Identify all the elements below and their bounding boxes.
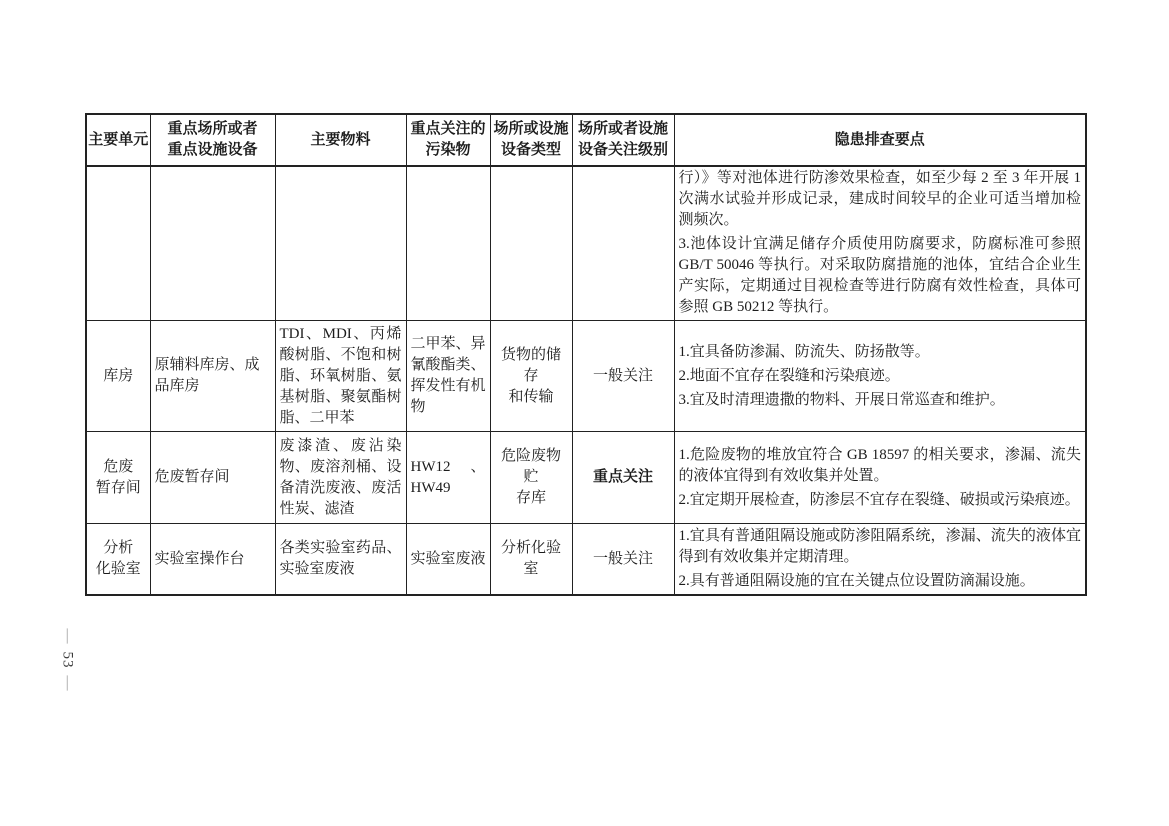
cell-attention-level-key: 重点关注 [572,432,674,524]
table-header-row: 主要单元 重点场所或者 重点设施设备 主要物料 重点关注的 污染物 场所或设施 … [86,114,1086,166]
page-number-dash: — [60,629,76,645]
cell-inspection-points: 1.宜具备防渗漏、防流失、防扬散等。 2.地面不宜存在裂缝和污染痕迹。 3.宜及… [674,321,1086,432]
inspection-point: 3.宜及时清理遗撒的物料、开展日常巡查和维护。 [679,390,1082,411]
page-number-value: 53 [60,652,76,669]
header-main-unit: 主要单元 [86,114,150,166]
cell-attention-level [572,166,674,321]
cell-materials: TDI、MDI、丙烯酸树脂、不饱和树脂、环氧树脂、氨基树脂、聚氨酯树脂、二甲苯 [275,321,406,432]
header-inspection-points: 隐患排查要点 [674,114,1086,166]
cell-inspection-points: 行）》等对池体进行防渗效果检查，如至少每 2 至 3 年开展 1 次满水试验并形… [674,166,1086,321]
cell-facility-type: 货物的储存 和传输 [490,321,572,432]
cell-pollutants: HW12、HW49 [406,432,490,524]
inspection-point: 2.宜定期开展检查，防渗层不宜存在裂缝、破损或污染痕迹。 [679,490,1082,511]
header-main-materials: 主要物料 [275,114,406,166]
cell-unit: 危废 暂存间 [86,432,150,524]
header-pollutants: 重点关注的 污染物 [406,114,490,166]
cell-pollutants [406,166,490,321]
cell-attention-level: 一般关注 [572,321,674,432]
cell-place: 实验室操作台 [150,524,275,596]
header-key-places: 重点场所或者 重点设施设备 [150,114,275,166]
hazard-inspection-table: 主要单元 重点场所或者 重点设施设备 主要物料 重点关注的 污染物 场所或设施 … [85,113,1087,596]
cell-place: 危废暂存间 [150,432,275,524]
inspection-point: 1.宜具有普通阻隔设施或防渗阻隔系统，渗漏、流失的液体宜得到有效收集并定期清理。 [679,526,1082,568]
cell-inspection-points: 1.危险废物的堆放宜符合 GB 18597 的相关要求，渗漏、流失的液体宜得到有… [674,432,1086,524]
cell-attention-level: 一般关注 [572,524,674,596]
cell-inspection-points: 1.宜具有普通阻隔设施或防渗阻隔系统，渗漏、流失的液体宜得到有效收集并定期清理。… [674,524,1086,596]
inspection-point: 1.宜具备防渗漏、防流失、防扬散等。 [679,342,1082,363]
header-facility-type: 场所或设施 设备类型 [490,114,572,166]
inspection-point: 2.具有普通阻隔设施的宜在关键点位设置防滴漏设施。 [679,571,1082,592]
cell-facility-type [490,166,572,321]
cell-facility-type: 分析化验室 [490,524,572,596]
cell-unit: 库房 [86,321,150,432]
cell-facility-type: 危险废物贮 存库 [490,432,572,524]
inspection-point: 2.地面不宜存在裂缝和污染痕迹。 [679,366,1082,387]
cell-materials: 各类实验室药品、实验室废液 [275,524,406,596]
table-row-warehouse: 库房 原辅料库房、成品库房 TDI、MDI、丙烯酸树脂、不饱和树脂、环氧树脂、氨… [86,321,1086,432]
cell-materials: 废漆渣、废沾染物、废溶剂桶、设备清洗废液、废活性炭、滤渣 [275,432,406,524]
cell-unit: 分析 化验室 [86,524,150,596]
page-number-dash: — [60,676,76,692]
table-row-laboratory: 分析 化验室 实验室操作台 各类实验室药品、实验室废液 实验室废液 分析化验室 … [86,524,1086,596]
table-row-continuation: 行）》等对池体进行防渗效果检查，如至少每 2 至 3 年开展 1 次满水试验并形… [86,166,1086,321]
inspection-point: 1.危险废物的堆放宜符合 GB 18597 的相关要求，渗漏、流失的液体宜得到有… [679,445,1082,487]
table-row-hazwaste-storage: 危废 暂存间 危废暂存间 废漆渣、废沾染物、废溶剂桶、设备清洗废液、废活性炭、滤… [86,432,1086,524]
cell-unit [86,166,150,321]
inspection-point: 3.池体设计宜满足储存介质使用防腐要求，防腐标准可参照 GB/T 50046 等… [679,234,1082,318]
inspection-point: 行）》等对池体进行防渗效果检查，如至少每 2 至 3 年开展 1 次满水试验并形… [679,168,1082,231]
cell-pollutants: 二甲苯、异氰酸酯类、挥发性有机物 [406,321,490,432]
header-attention-level: 场所或者设施 设备关注级别 [572,114,674,166]
cell-pollutants: 实验室废液 [406,524,490,596]
cell-place: 原辅料库房、成品库房 [150,321,275,432]
cell-place [150,166,275,321]
cell-materials [275,166,406,321]
page-number: —53— [59,622,76,699]
